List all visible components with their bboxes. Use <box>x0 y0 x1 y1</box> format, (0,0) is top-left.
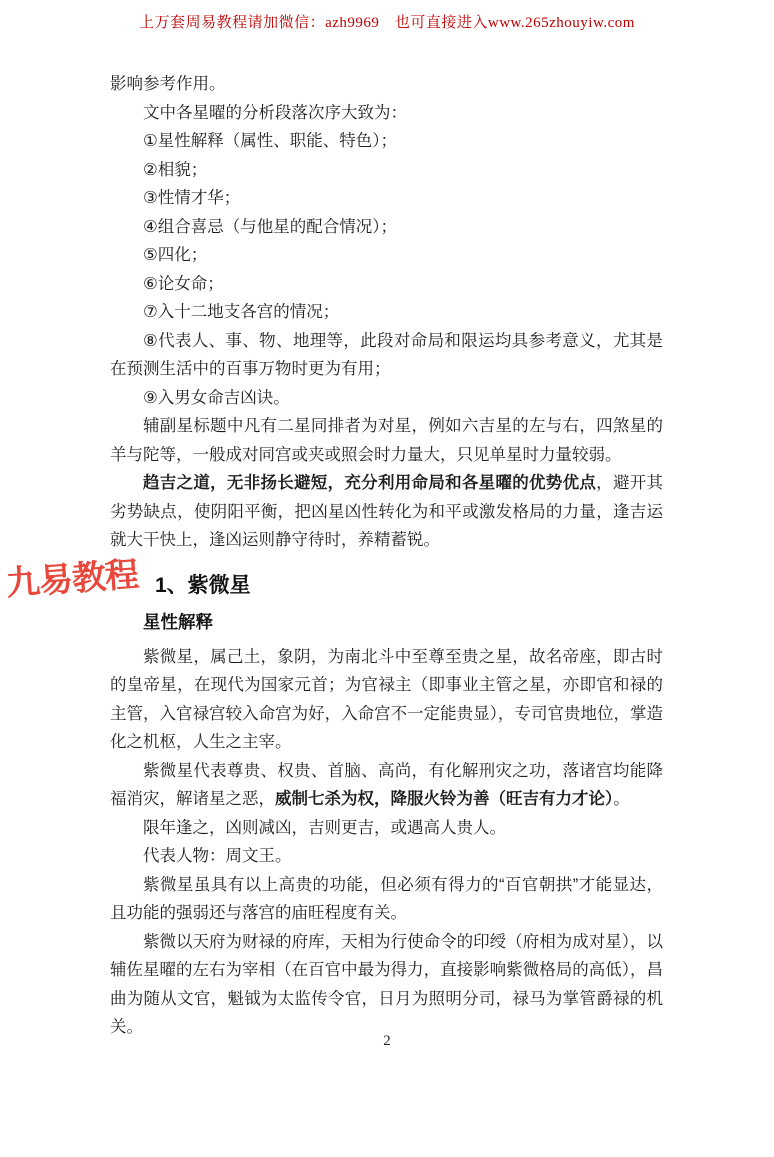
paragraph: ⑦入十二地支各宫的情况； <box>110 298 663 327</box>
paragraph: 紫微以天府为财禄的府库，天相为行使命令的印绶（府相为成对星），以辅佐星曜的左右为… <box>110 928 663 1042</box>
paragraph: ①星性解释（属性、职能、特色）； <box>110 127 663 156</box>
paragraph: ⑧代表人、事、物、地理等，此段对命局和限运均具参考意义，尤其是在预测生活中的百事… <box>110 327 663 384</box>
paragraph: ④组合喜忌（与他星的配合情况）； <box>110 213 663 242</box>
document-body: 影响参考作用。文中各星曜的分析段落次序大致为：①星性解释（属性、职能、特色）；②… <box>110 70 663 1042</box>
text-segment: 紫微以天府为财禄的府库，天相为行使命令的印绶（府相为成对星），以辅佐星曜的左右为… <box>110 933 663 1037</box>
text-segment: 影响参考作用。 <box>110 75 226 93</box>
paragraph: ②相貌； <box>110 156 663 185</box>
text-segment: 紫微星，属己土，象阴，为南北斗中至尊至贵之星，故名帝座，即古时的皇帝星，在现代为… <box>110 648 663 752</box>
text-segment: 紫微星虽具有以上高贵的功能，但必须有得力的“百官朝拱”才能显达，且功能的强弱还与… <box>110 876 663 923</box>
text-segment: 代表人物：周文王。 <box>143 847 292 865</box>
header-promo-text: 上万套周易教程请加微信：azh9969 也可直接进入www.265zhouyiw… <box>0 11 774 32</box>
text-segment: ③性情才华； <box>143 189 240 207</box>
paragraph: 趋吉之道，无非扬长避短，充分利用命局和各星曜的优势优点，避开其劣势缺点，使阴阳平… <box>110 469 663 555</box>
text-segment: ⑧代表人、事、物、地理等，此段对命局和限运均具参考意义，尤其是在预测生活中的百事… <box>110 332 663 379</box>
text-segment: ④组合喜忌（与他星的配合情况）； <box>143 218 397 236</box>
text-segment: ⑥论女命； <box>143 275 224 293</box>
document-page: 上万套周易教程请加微信：azh9969 也可直接进入www.265zhouyiw… <box>0 0 774 1157</box>
text-segment: ⑦入十二地支各宫的情况； <box>143 303 339 321</box>
paragraph: 紫微星，属己土，象阴，为南北斗中至尊至贵之星，故名帝座，即古时的皇帝星，在现代为… <box>110 643 663 757</box>
paragraph: 限年逢之，凶则减凶，吉则更吉，或遇高人贵人。 <box>110 814 663 843</box>
text-segment: ⑨入男女命吉凶诀。 <box>143 389 290 407</box>
paragraph: 影响参考作用。 <box>110 70 663 99</box>
text-segment: ⑤四化； <box>143 246 207 264</box>
paragraph: 文中各星曜的分析段落次序大致为： <box>110 99 663 128</box>
paragraph: 紫微星代表尊贵、权贵、首脑、高尚，有化解刑灾之功，落诸宫均能降福消灾，解诸星之恶… <box>110 757 663 814</box>
paragraph: 辅副星标题中凡有二星同排者为对星，例如六吉星的左与右，四煞星的羊与陀等，一般成对… <box>110 412 663 469</box>
text-segment: ②相貌； <box>143 161 207 179</box>
text-segment: ①星性解释（属性、职能、特色）； <box>143 132 397 150</box>
page-number: 2 <box>0 1033 774 1050</box>
section-heading: 1、紫微星 <box>155 571 663 601</box>
text-segment: 限年逢之，凶则减凶，吉则更吉，或遇高人贵人。 <box>143 819 506 837</box>
sub-heading: 星性解释 <box>143 609 663 635</box>
text-segment-bold: 趋吉之道，无非扬长避短，充分利用命局和各星曜的优势优点 <box>143 474 596 492</box>
paragraph: ③性情才华； <box>110 184 663 213</box>
text-segment: 文中各星曜的分析段落次序大致为： <box>143 104 407 122</box>
paragraph: ⑥论女命； <box>110 270 663 299</box>
paragraph: ⑤四化； <box>110 241 663 270</box>
paragraph: 代表人物：周文王。 <box>110 842 663 871</box>
paragraph: ⑨入男女命吉凶诀。 <box>110 384 663 413</box>
text-segment: 辅副星标题中凡有二星同排者为对星，例如六吉星的左与右，四煞星的羊与陀等，一般成对… <box>110 417 663 464</box>
text-segment-bold: 威制七杀为权，降服火铃为善（旺吉有力才论） <box>275 790 613 808</box>
paragraph: 紫微星虽具有以上高贵的功能，但必须有得力的“百官朝拱”才能显达，且功能的强弱还与… <box>110 871 663 928</box>
text-segment: 。 <box>613 790 630 808</box>
